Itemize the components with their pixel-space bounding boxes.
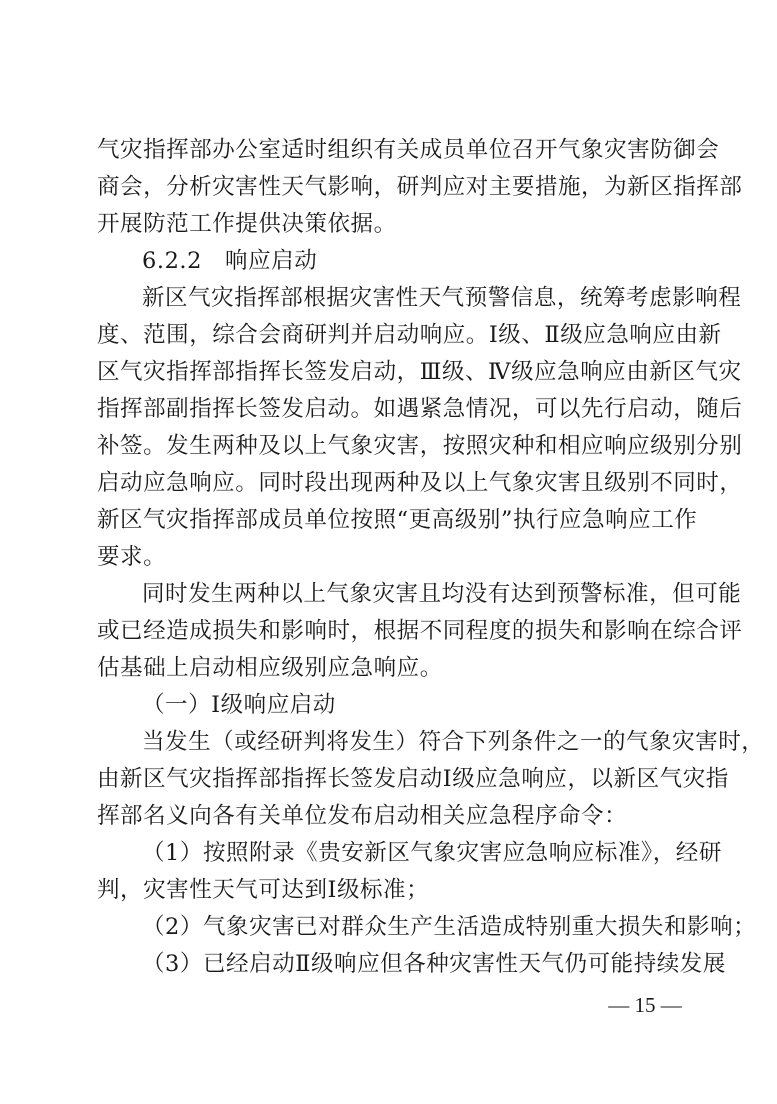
list-item-line: （1）按照附录《贵安新区气象灾害应急响应标准》，经研: [97, 835, 689, 872]
text-line: 新区气灾指挥部根据灾害性天气预警信息，统筹考虑影响程: [97, 280, 689, 317]
text-line: 商会，分析灾害性天气影响，研判应对主要措施，为新区指挥部: [97, 169, 689, 206]
text-line: 由新区气灾指挥部指挥长签发启动Ⅰ级应急响应，以新区气灾指: [97, 761, 689, 798]
text-line: 挥部名义向各有关单位发布启动相关应急程序命令：: [97, 798, 689, 835]
text-line: 度、范围，综合会商研判并启动响应。Ⅰ级、Ⅱ级应急响应由新: [97, 317, 689, 354]
text-line: 区气灾指挥部指挥长签发启动，Ⅲ级、Ⅳ级应急响应由新区气灾: [97, 354, 689, 391]
text-line: 或已经造成损失和影响时，根据不同程度的损失和影响在综合评: [97, 613, 689, 650]
section-heading: 6.2.2 响应启动: [97, 243, 689, 280]
document-page: 气灾指挥部办公室适时组织有关成员单位召开气象灾害防御会 商会，分析灾害性天气影响…: [97, 132, 689, 983]
text-line: 启动应急响应。同时段出现两种及以上气象灾害且级别不同时，: [97, 465, 689, 502]
text-line: 估基础上启动相应级别应急响应。: [97, 650, 689, 687]
text-line: 当发生（或经研判将发生）符合下列条件之一的气象灾害时，: [97, 724, 689, 761]
text-line: 同时发生两种以上气象灾害且均没有达到预警标准，但可能: [97, 576, 689, 613]
list-item-line: 判，灾害性天气可达到Ⅰ级标准；: [97, 872, 689, 909]
list-item-line: （2）气象灾害已对群众生产生活造成特别重大损失和影响；: [97, 909, 689, 946]
text-line: 补签。发生两种及以上气象灾害，按照灾种和相应响应级别分别: [97, 428, 689, 465]
text-line: 气灾指挥部办公室适时组织有关成员单位召开气象灾害防御会: [97, 132, 689, 169]
subsection-heading: （一）Ⅰ级响应启动: [97, 687, 689, 724]
list-item-line: （3）已经启动Ⅱ级响应但各种灾害性天气仍可能持续发展: [97, 946, 689, 983]
page-number: — 15 —: [600, 990, 690, 1020]
text-line: 开展防范工作提供决策依据。: [97, 206, 689, 243]
text-line: 指挥部副指挥长签发启动。如遇紧急情况，可以先行启动，随后: [97, 391, 689, 428]
text-line: 新区气灾指挥部成员单位按照“更高级别”执行应急响应工作: [97, 502, 689, 539]
text-line: 要求。: [97, 539, 689, 576]
